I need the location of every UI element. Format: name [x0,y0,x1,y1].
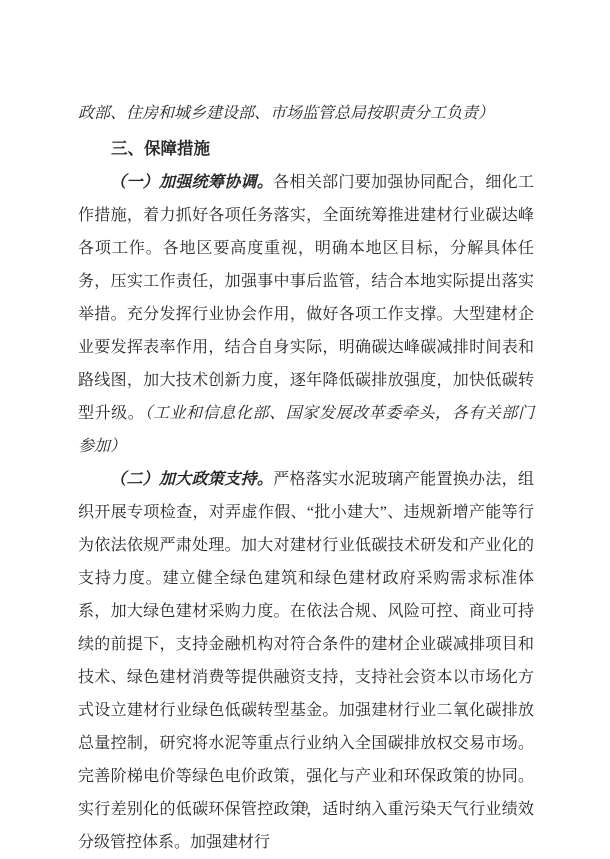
page-number: 9 [0,799,610,815]
paragraph-2-text: 严格落实水泥玻璃产能置换办法，组织开展专项检查，对弄虚作假、“批小建大”、违规新… [78,471,534,851]
paragraph-1: （一）加强统筹协调。各相关部门要加强协同配合，细化工作措施，着力抓好各项任务落实… [78,166,534,463]
document-body: 政部、住房和城乡建设部、市场监管总局按职责分工负责） 三、保障措施 （一）加强统… [78,97,534,859]
paragraph-1-lead: （一）加强统筹协调。 [110,174,273,191]
paragraph-2-lead: （二）加大政策支持。 [110,471,273,488]
document-page: 政部、住房和城乡建设部、市场监管总局按职责分工负责） 三、保障措施 （一）加强统… [0,0,610,859]
paragraph-1-attribution: （工业和信息化部、国家发展改革委牵头，各有关部门参加） [78,405,534,455]
continuation-line: 政部、住房和城乡建设部、市场监管总局按职责分工负责） [78,97,534,130]
section-heading: 三、保障措施 [78,133,534,166]
paragraph-1-text: 各相关部门要加强协同配合，细化工作措施，着力抓好各项任务落实，全面统筹推进建材行… [78,174,534,422]
